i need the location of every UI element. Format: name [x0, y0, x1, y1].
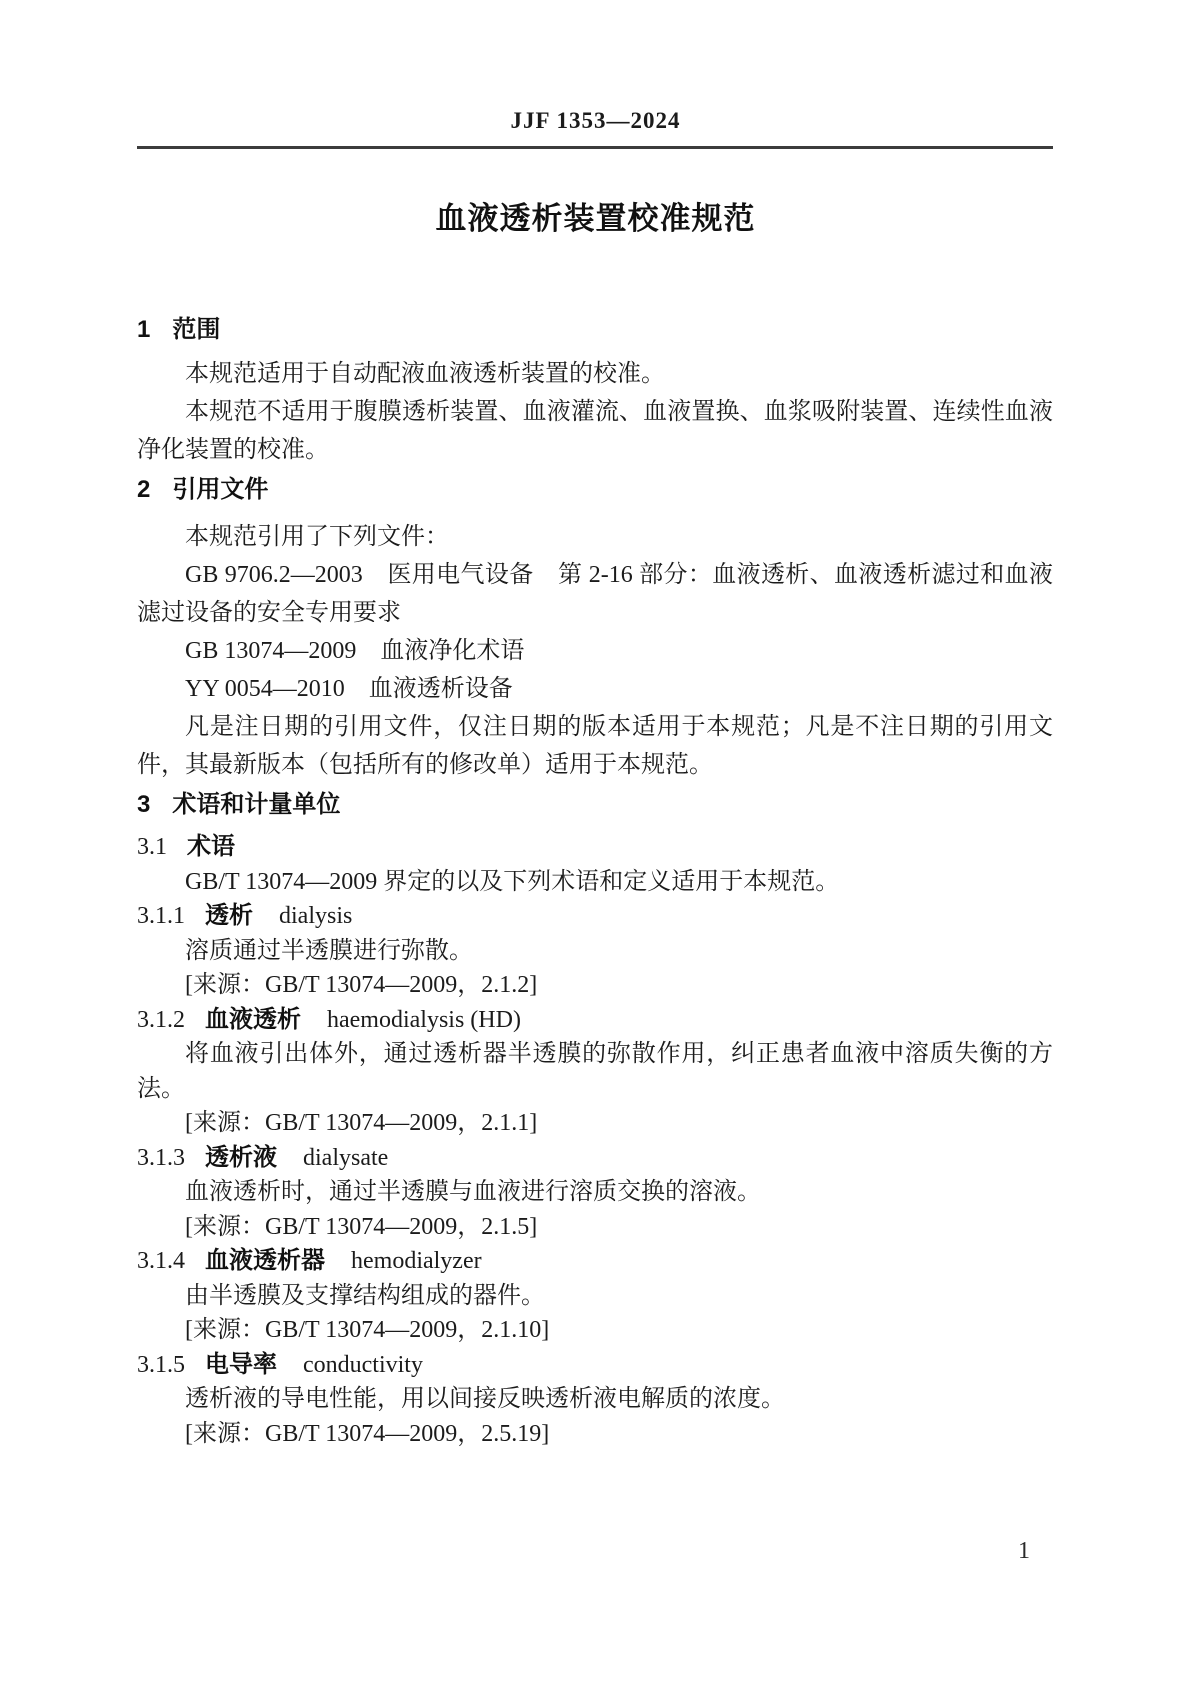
reference-item-yy0054: YY 0054—2010 血液透析设备	[137, 670, 1053, 708]
term-number: 3.1.1	[137, 903, 185, 929]
running-header-doc-code: JJF 1353—2024	[0, 108, 1191, 134]
term-heading: 3.1.1透析dialysis	[137, 899, 1053, 934]
term-definition: 溶质通过半透膜进行弥散。	[137, 934, 1053, 969]
term-heading: 3.1.3透析液dialysate	[137, 1141, 1053, 1176]
term-name-en: hemodialyzer	[351, 1248, 482, 1274]
term-name-zh: 透析液	[205, 1144, 277, 1171]
term-source: [来源：GB/T 13074—2009，2.1.2]	[137, 968, 1053, 1003]
term-heading: 3.1.4血液透析器hemodialyzer	[137, 1244, 1053, 1279]
document-page: JJF 1353—2024 血液透析装置校准规范 1范围 本规范适用于自动配液血…	[0, 0, 1191, 1684]
reference-item-gb13074: GB 13074—2009 血液净化术语	[137, 632, 1053, 670]
term-source: [来源：GB/T 13074—2009，2.1.5]	[137, 1210, 1053, 1245]
subsection-3-1-heading: 3.1术语	[137, 830, 1053, 865]
term-heading: 3.1.5电导率conductivity	[137, 1348, 1053, 1383]
term-definition: 透析液的导电性能，用以间接反映透析液电解质的浓度。	[137, 1382, 1053, 1417]
term-source: [来源：GB/T 13074—2009，2.1.10]	[137, 1313, 1053, 1348]
term-heading: 3.1.2血液透析haemodialysis (HD)	[137, 1003, 1053, 1038]
term-name-en: dialysis	[279, 903, 352, 929]
reference-item-gb9706: GB 9706.2—2003 医用电气设备 第 2-16 部分：血液透析、血液透…	[137, 556, 1053, 632]
paragraph-dated-references-note: 凡是注日期的引用文件，仅注日期的版本适用于本规范；凡是不注日期的引用文件，其最新…	[137, 708, 1053, 784]
section-1-number: 1	[137, 316, 150, 343]
subsection-3-1-title: 术语	[187, 833, 235, 860]
document-body: 1范围 本规范适用于自动配液血液透析装置的校准。 本规范不适用于腹膜透析装置、血…	[137, 311, 1053, 1451]
term-name-zh: 电导率	[205, 1351, 277, 1378]
section-2-number: 2	[137, 476, 150, 503]
term-name-zh: 透析	[205, 902, 253, 929]
section-1-heading: 1范围	[137, 311, 1053, 349]
term-number: 3.1.2	[137, 1007, 185, 1033]
section-2-title: 引用文件	[172, 476, 268, 503]
term-name-zh: 血液透析器	[205, 1247, 325, 1274]
term-definition: 血液透析时，通过半透膜与血液进行溶质交换的溶液。	[137, 1175, 1053, 1210]
term-definition: 由半透膜及支撑结构组成的器件。	[137, 1279, 1053, 1314]
paragraph-references-intro: 本规范引用了下列文件：	[137, 518, 1053, 556]
term-source: [来源：GB/T 13074—2009，2.1.1]	[137, 1106, 1053, 1141]
term-number: 3.1.3	[137, 1145, 185, 1171]
paragraph-terms-intro: GB/T 13074—2009 界定的以及下列术语和定义适用于本规范。	[137, 865, 1053, 900]
section-3-heading: 3术语和计量单位	[137, 786, 1053, 824]
term-name-en: conductivity	[303, 1352, 423, 1378]
term-number: 3.1.4	[137, 1248, 185, 1274]
subsection-3-1-number: 3.1	[137, 834, 167, 860]
paragraph-scope-applies: 本规范适用于自动配液血液透析装置的校准。	[137, 355, 1053, 393]
page-number: 1	[1018, 1538, 1030, 1565]
section-3-title: 术语和计量单位	[172, 791, 340, 818]
term-source: [来源：GB/T 13074—2009，2.5.19]	[137, 1417, 1053, 1452]
term-number: 3.1.5	[137, 1352, 185, 1378]
term-name-en: haemodialysis (HD)	[327, 1007, 521, 1033]
paragraph-scope-excludes: 本规范不适用于腹膜透析装置、血液灌流、血液置换、血浆吸附装置、连续性血液净化装置…	[137, 393, 1053, 469]
section-1-title: 范围	[172, 316, 220, 343]
terms-section: 3.1术语 GB/T 13074—2009 界定的以及下列术语和定义适用于本规范…	[137, 830, 1053, 1451]
term-definition: 将血液引出体外，通过透析器半透膜的弥散作用，纠正患者血液中溶质失衡的方法。	[137, 1037, 1053, 1106]
section-3-number: 3	[137, 791, 150, 818]
term-name-en: dialysate	[303, 1145, 388, 1171]
section-2-heading: 2引用文件	[137, 471, 1053, 509]
header-rule-divider	[137, 146, 1053, 149]
term-name-zh: 血液透析	[205, 1006, 301, 1033]
document-title: 血液透析装置校准规范	[0, 200, 1191, 238]
